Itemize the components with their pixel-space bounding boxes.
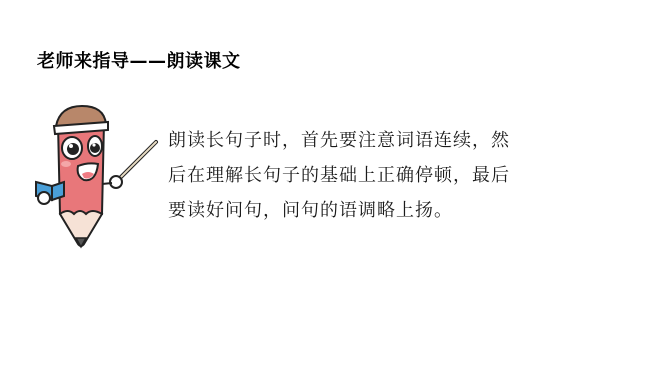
body-line-1: 朗读长句子时，首先要注意词语连续，然 xyxy=(168,123,598,158)
slide-title: 老师来指导——朗读课文 xyxy=(37,47,241,73)
body-line-2: 后在理解长句子的基础上正确停顿，最后 xyxy=(168,158,598,193)
reading-guidance-text: 朗读长句子时，首先要注意词语连续，然 后在理解长句子的基础上正确停顿，最后 要读… xyxy=(168,123,598,228)
pencil-mascot-icon xyxy=(28,104,168,254)
body-line-3: 要读好问句，问句的语调略上扬。 xyxy=(168,193,598,228)
